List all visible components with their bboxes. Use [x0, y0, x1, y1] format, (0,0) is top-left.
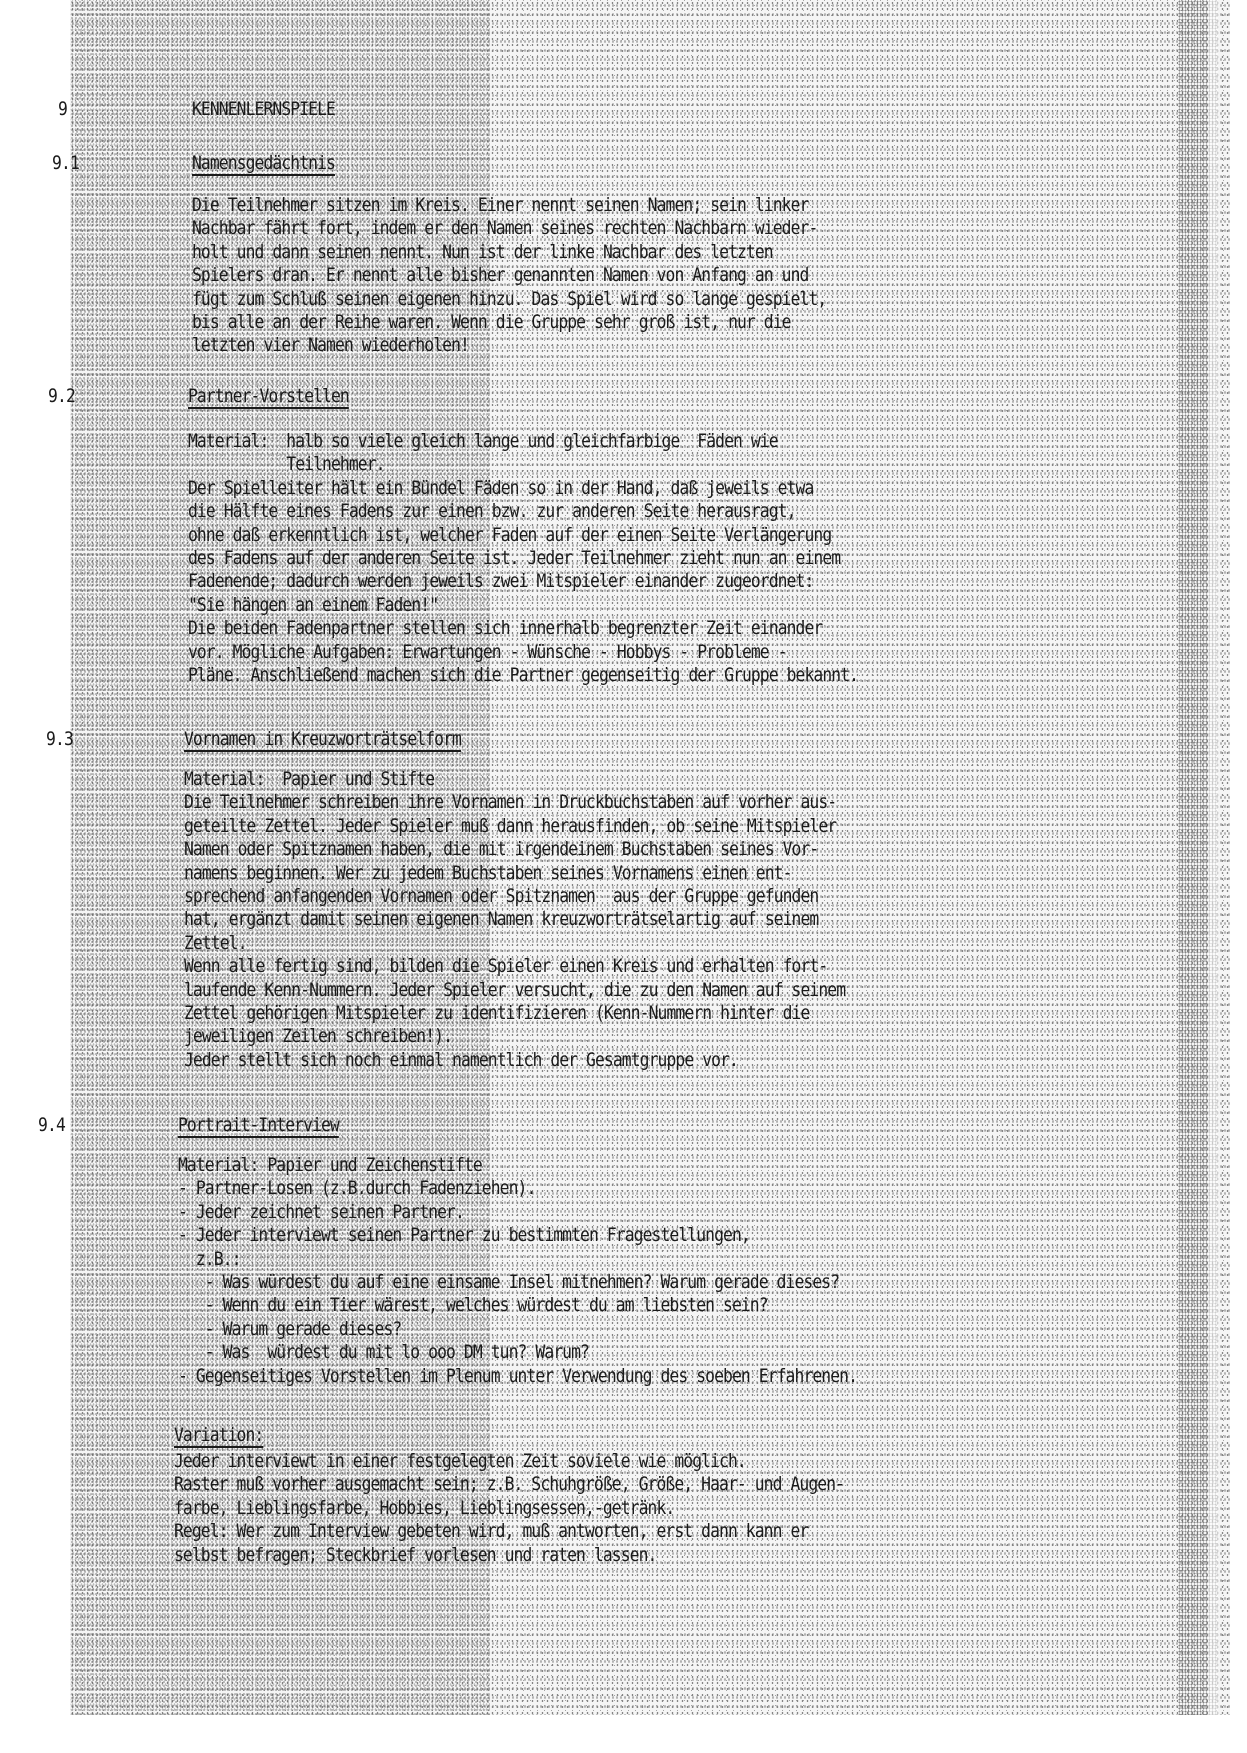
text-line: Zettel gehörigen Mitspieler zu identifiz… — [184, 1002, 809, 1024]
text-line: Jeder stellt sich noch einmal namentlich… — [184, 1049, 738, 1071]
text-line: namens beginnen. Wer zu jedem Buchstaben… — [184, 862, 792, 884]
text-line: Raster muß vorher ausgemacht sein; z.B. … — [174, 1473, 844, 1495]
text-line: Pläne. Anschließend machen sich die Part… — [188, 664, 858, 686]
document-page: 9 KENNENLERNSPIELE 9.1 Namensgedächtnis … — [0, 0, 1247, 1753]
text-line: farbe, Lieblingsfarbe, Hobbies, Liebling… — [174, 1497, 674, 1519]
text-line: Wenn alle fertig sind, bilden die Spiele… — [184, 955, 827, 977]
text-line: - Wenn du ein Tier wärest, welches würde… — [178, 1294, 768, 1316]
text-line: jeweiligen Zeilen schreiben!). — [184, 1025, 452, 1047]
text-line: hat, ergänzt damit seinen eigenen Namen … — [184, 908, 818, 930]
text-line: Fadenende; dadurch werden jeweils zwei M… — [188, 570, 813, 592]
section-title: Vornamen in Kreuzworträtselform — [184, 728, 461, 750]
text-line: Regel: Wer zum Interview gebeten wird, m… — [174, 1520, 808, 1542]
text-line: z.B.: — [178, 1248, 241, 1270]
text-line: Die beiden Fadenpartner stellen sich inn… — [188, 617, 822, 639]
text-line: Material: Papier und Stifte — [184, 768, 434, 790]
section-number: 9.3 — [46, 728, 73, 750]
section-title: Partner-Vorstellen — [188, 385, 349, 407]
section-number: 9.4 — [38, 1114, 65, 1136]
text-line: holt und dann seinen nennt. Nun ist der … — [192, 241, 773, 263]
text-line: Spielers dran. Er nennt alle bisher gena… — [192, 264, 808, 286]
text-line: bis alle an der Reihe waren. Wenn die Gr… — [192, 311, 791, 333]
text-line: Material: halb so viele gleich lange und… — [188, 430, 778, 452]
text-line: Der Spielleiter hält ein Bündel Fäden so… — [188, 477, 813, 499]
text-line: selbst befragen; Steckbrief vorlesen und… — [174, 1544, 656, 1566]
text-line: Nachbar fährt fort, indem er den Namen s… — [192, 217, 817, 239]
text-line: Die Teilnehmer sitzen im Kreis. Einer ne… — [192, 194, 808, 216]
text-line: - Warum gerade dieses? — [178, 1318, 401, 1340]
chapter-number: 9 — [58, 98, 67, 120]
section-title: Portrait-Interview — [178, 1114, 339, 1136]
text-line: fügt zum Schluß seinen eigenen hinzu. Da… — [192, 288, 826, 310]
text-line: Jeder interviewt in einer festgelegten Z… — [174, 1450, 746, 1472]
section-number: 9.1 — [52, 152, 79, 174]
text-line: Teilnehmer. — [188, 453, 385, 475]
text-line: Zettel. — [184, 932, 247, 954]
text-line: des Fadens auf der anderen Seite ist. Je… — [188, 547, 840, 569]
text-line: ohne daß erkenntlich ist, welcher Faden … — [188, 524, 831, 546]
text-line: letzten vier Namen wiederholen! — [192, 334, 469, 356]
text-line: geteilte Zettel. Jeder Spieler muß dann … — [184, 815, 836, 837]
chapter-title: KENNENLERNSPIELE — [192, 98, 335, 120]
variation-title: Variation: — [174, 1424, 263, 1446]
text-line: Material: Papier und Zeichenstifte — [178, 1154, 482, 1176]
section-number: 9.2 — [48, 385, 75, 407]
text-line: - Was würdest du mit lo ooo DM tun? Waru… — [178, 1341, 589, 1363]
text-line: "Sie hängen an einem Faden!" — [188, 594, 438, 616]
text-line: - Gegenseitiges Vorstellen im Plenum unt… — [178, 1365, 857, 1387]
text-line: - Was würdest du auf eine einsame Insel … — [178, 1271, 839, 1293]
text-line: vor. Mögliche Aufgaben: Erwartungen - Wü… — [188, 641, 787, 663]
text-line: laufende Kenn-Nummern. Jeder Spieler ver… — [184, 979, 845, 1001]
text-line: Die Teilnehmer schreiben ihre Vornamen i… — [184, 791, 836, 813]
text-line: - Partner-Losen (z.B.durch Fadenziehen). — [178, 1177, 535, 1199]
text-line: sprechend anfangenden Vornamen oder Spit… — [184, 885, 818, 907]
text-line: die Hälfte eines Fadens zur einen bzw. z… — [188, 500, 796, 522]
text-line: - Jeder interviewt seinen Partner zu bes… — [178, 1224, 750, 1246]
section-title: Namensgedächtnis — [192, 152, 335, 174]
text-line: - Jeder zeichnet seinen Partner. — [178, 1201, 464, 1223]
text-line: Namen oder Spitznamen haben, die mit irg… — [184, 838, 818, 860]
